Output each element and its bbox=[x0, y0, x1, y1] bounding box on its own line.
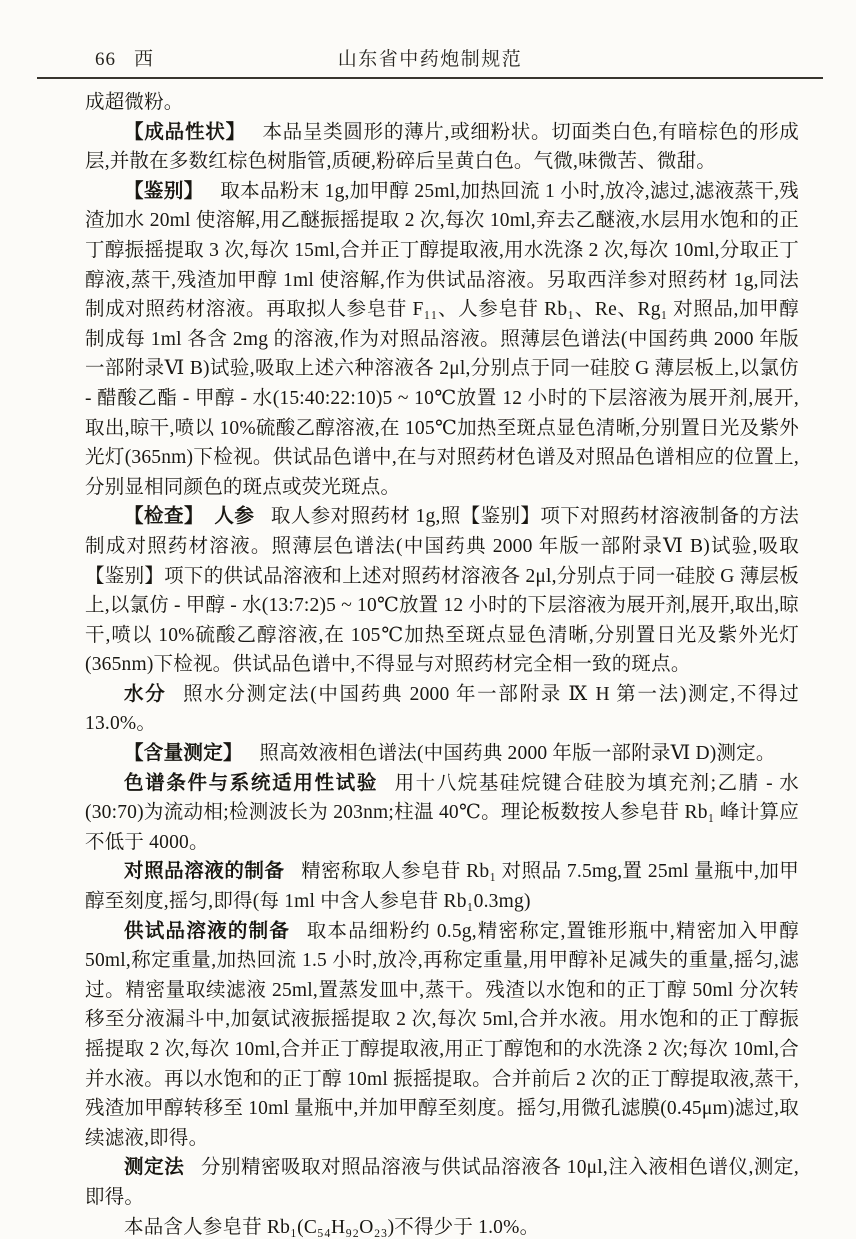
paragraph-heading: 【含量测定】 bbox=[124, 743, 243, 764]
paragraph-heading: 色谱条件与系统适用性试验 bbox=[124, 773, 378, 794]
paragraph-heading: 【鉴别】 bbox=[124, 181, 204, 202]
paragraph-heading: 【检查】 人参 bbox=[124, 506, 254, 527]
paragraph-text: 照水分测定法(中国药典 2000 年一部附录 Ⅸ H 第一法)测定,不得过 13… bbox=[85, 684, 799, 735]
document-body: 成超微粉。【成品性状】本品呈类圆形的薄片,或细粉状。切面类白色,有暗棕色的形成层… bbox=[85, 88, 799, 1239]
header-rule bbox=[37, 77, 823, 79]
book-title: 山东省中药炮制规范 bbox=[40, 46, 820, 74]
paragraph-heading: 供试品溶液的制备 bbox=[124, 921, 290, 942]
para-content-limit: 本品含人参皂苷 Rb₁(C₅₄H₉₂O₂₃)不得少于 1.0%。 bbox=[85, 1213, 799, 1239]
para-identification: 【鉴别】取本品粉末 1g,加甲醇 25ml,加热回流 1 小时,放冷,滤过,滤液… bbox=[85, 177, 799, 503]
paragraph-text: 本品含人参皂苷 Rb₁(C₅₄H₉₂O₂₃)不得少于 1.0%。 bbox=[124, 1217, 539, 1238]
para-test-solution: 供试品溶液的制备取本品细粉约 0.5g,精密称定,置锥形瓶中,精密加入甲醇 50… bbox=[85, 917, 799, 1154]
paragraph-text: 成超微粉。 bbox=[85, 92, 184, 113]
paragraph-heading: 水分 bbox=[124, 684, 167, 705]
para-chromatographic-conditions: 色谱条件与系统适用性试验用十八烷基硅烷键合硅胶为填充剂;乙腈 - 水(30:70… bbox=[85, 769, 799, 858]
paragraph-heading: 【成品性状】 bbox=[124, 122, 246, 143]
document-page: 66 西 山东省中药炮制规范 成超微粉。【成品性状】本品呈类圆形的薄片,或细粉状… bbox=[0, 0, 856, 1239]
page-header: 66 西 山东省中药炮制规范 bbox=[40, 46, 820, 74]
para-continuation: 成超微粉。 bbox=[85, 88, 799, 118]
paragraph-text: 取人参对照药材 1g,照【鉴别】项下对照药材溶液制备的方法制成对照药材溶液。照薄… bbox=[85, 506, 799, 675]
para-finished-product-properties: 【成品性状】本品呈类圆形的薄片,或细粉状。切面类白色,有暗棕色的形成层,并散在多… bbox=[85, 118, 799, 177]
para-check-ginseng: 【检查】 人参取人参对照药材 1g,照【鉴别】项下对照药材溶液制备的方法制成对照… bbox=[85, 502, 799, 680]
para-assay: 【含量测定】照高效液相色谱法(中国药典 2000 年版一部附录Ⅵ D)测定。 bbox=[85, 739, 799, 769]
paragraph-heading: 测定法 bbox=[124, 1157, 184, 1178]
paragraph-heading: 对照品溶液的制备 bbox=[124, 861, 285, 882]
para-reference-solution: 对照品溶液的制备精密称取人参皂苷 Rb₁ 对照品 7.5mg,置 25ml 量瓶… bbox=[85, 857, 799, 916]
para-determination-method: 测定法分别精密吸取对照品溶液与供试品溶液各 10μl,注入液相色谱仪,测定,即得… bbox=[85, 1153, 799, 1212]
para-moisture: 水分照水分测定法(中国药典 2000 年一部附录 Ⅸ H 第一法)测定,不得过 … bbox=[85, 680, 799, 739]
paragraph-text: 照高效液相色谱法(中国药典 2000 年版一部附录Ⅵ D)测定。 bbox=[259, 743, 775, 764]
paragraph-text: 取本品细粉约 0.5g,精密称定,置锥形瓶中,精密加入甲醇 50ml,称定重量,… bbox=[85, 921, 799, 1149]
paragraph-text: 取本品粉末 1g,加甲醇 25ml,加热回流 1 小时,放冷,滤过,滤液蒸干,残… bbox=[85, 181, 799, 498]
paragraph-text: 分别精密吸取对照品溶液与供试品溶液各 10μl,注入液相色谱仪,测定,即得。 bbox=[85, 1157, 799, 1208]
